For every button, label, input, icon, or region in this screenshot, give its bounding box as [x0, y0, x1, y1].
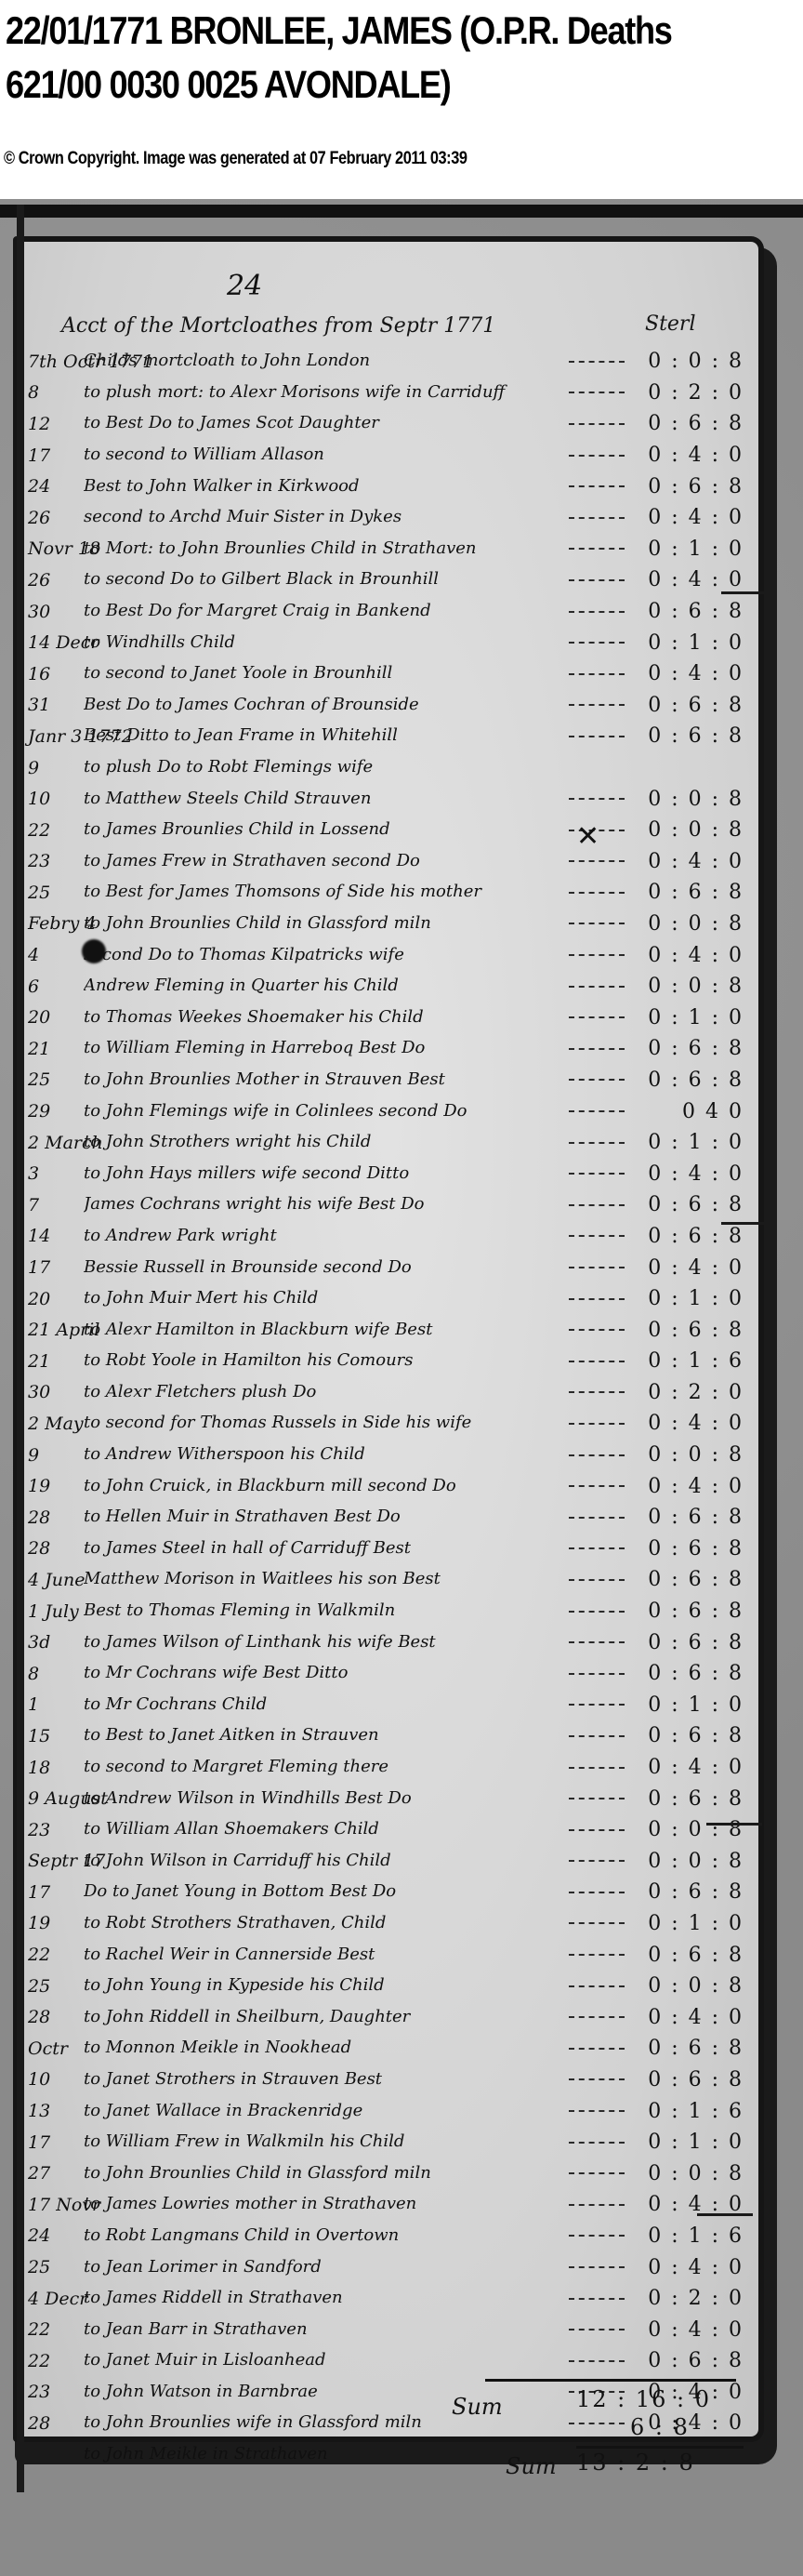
ledger-entry: Febry 4to John Brounlies Child in Glassf…	[28, 909, 744, 940]
dotted-leader	[569, 1892, 625, 1893]
ledger-entry: 3to John Hays millers wife second Ditto0…	[28, 1158, 744, 1189]
dotted-leader	[569, 1454, 625, 1456]
ledger-entry: 27to John Brounlies Child in Glassford m…	[28, 2158, 744, 2189]
margin-mark	[721, 591, 768, 594]
ledger-entry: 19to John Cruick, in Blackburn mill seco…	[28, 1470, 744, 1502]
entry-date: 17	[28, 445, 84, 466]
ledger-entry: 18to second to Margret Fleming there0 : …	[28, 1752, 744, 1784]
dotted-leader	[569, 2360, 625, 2362]
dotted-leader	[569, 1142, 625, 1144]
ink-blot	[82, 939, 106, 963]
dotted-leader	[569, 1517, 625, 1519]
entry-description: to John Brounlies Child in Glassford mil…	[84, 913, 563, 935]
register-page: 24 Acct of the Mortcloathes from Septr 1…	[13, 236, 764, 2442]
entry-amount: 0 : 1 : 0	[632, 2131, 744, 2154]
ledger-entry: 25to Jean Lorimer in Sandford0 : 4 : 0	[28, 2251, 744, 2283]
entry-description: to second to Janet Yoole in Brounhill	[84, 663, 563, 684]
ledger-entry: 19to Robt Strothers Strathaven, Child0 :…	[28, 1908, 744, 1940]
entry-amount: 0 : 0 : 8	[632, 975, 744, 998]
ledger-entry: 28to James Steel in hall of Carriduff Be…	[28, 1534, 744, 1565]
entry-amount: 0 : 6 : 8	[632, 1724, 744, 1747]
final-sum-value: 13 : 2 : 8	[576, 2450, 695, 2476]
entry-description: to Andrew Witherspoon his Child	[84, 1444, 563, 1466]
entry-description: to second to Margret Fleming there	[84, 1757, 563, 1778]
ledger-entry: 4 Decrto James Riddell in Strathaven0 : …	[28, 2283, 744, 2315]
dotted-leader	[569, 1298, 625, 1300]
entry-date: Octr	[28, 2038, 84, 2059]
entry-date: 25	[28, 1976, 84, 1997]
entry-description: to John Brounlies Mother in Strauven Bes…	[84, 1069, 563, 1091]
ledger-entries: 7th Octr 1771Childs mortcloath to John L…	[28, 346, 744, 2470]
entry-amount: 0 : 6 : 8	[632, 2037, 744, 2060]
entry-description: to Windhills Child	[84, 632, 563, 654]
record-header: 22/01/1771 BRONLEE, JAMES (O.P.R. Deaths…	[0, 0, 803, 199]
ledger-entry: Octrto Monnon Meikle in Nookhead0 : 6 : …	[28, 2033, 744, 2065]
entry-description: to plush Do to Robt Flemings wife	[84, 757, 632, 778]
entry-description: to Andrew Wilson in Windhills Best Do	[84, 1788, 563, 1810]
entry-description: to Janet Muir in Lisloanhead	[84, 2350, 563, 2371]
entry-description: to Monnon Meikle in Nookhead	[84, 2038, 563, 2059]
dotted-leader	[569, 1985, 625, 1987]
scanned-register-image: 24 Acct of the Mortcloathes from Septr 1…	[0, 199, 803, 2576]
ledger-entry: 2 Mayto second for Thomas Russels in Sid…	[28, 1408, 744, 1440]
ledger-entry: 9to plush Do to Robt Flemings wife	[28, 752, 744, 784]
entry-date: 10	[28, 789, 84, 809]
entry-date: 8	[28, 1664, 84, 1684]
entry-amount: 0 : 6 : 8	[632, 1037, 744, 1060]
entry-date: 20	[28, 1289, 84, 1309]
dotted-leader	[569, 798, 625, 800]
entry-amount: 0 : 0 : 8	[632, 788, 744, 811]
entry-description: to Best to Janet Aitken in Strauven	[84, 1725, 563, 1746]
entry-description: to James Wilson of Linthank his wife Bes…	[84, 1632, 563, 1653]
dotted-leader	[569, 1922, 625, 1924]
entry-date: 30	[28, 602, 84, 622]
dotted-leader	[569, 1079, 625, 1081]
copyright-notice: © Crown Copyright. Image was generated a…	[4, 149, 467, 169]
ledger-entry: 3dto James Wilson of Linthank his wife B…	[28, 1627, 744, 1658]
entry-amount: 0 : 6 : 8	[632, 1225, 744, 1248]
entry-description: to plush mort: to Alexr Morisons wife in…	[84, 382, 563, 404]
entry-description: to Janet Strothers in Strauven Best	[84, 2069, 563, 2091]
ledger-entry: 6Andrew Fleming in Quarter his Child0 : …	[28, 971, 744, 1003]
entry-description: to Robt Strothers Strathaven, Child	[84, 1913, 563, 1934]
entry-date: 1 July	[28, 1601, 84, 1622]
entry-date: 28	[28, 2007, 84, 2027]
entry-date: 26	[28, 570, 84, 591]
entry-date: 19	[28, 1476, 84, 1496]
entry-date: 28	[28, 1507, 84, 1528]
dotted-leader	[569, 2048, 625, 2050]
dotted-leader	[569, 860, 625, 862]
margin-mark	[721, 1222, 768, 1225]
entry-description: Matthew Morison in Waitlees his son Best	[84, 1569, 563, 1590]
entry-description: to Thomas Weekes Shoemaker his Child	[84, 1007, 563, 1029]
entry-amount: 0 : 6 : 8	[632, 1193, 744, 1216]
entry-amount: 0 : 6 : 8	[632, 1662, 744, 1685]
entry-date: 17	[28, 2132, 84, 2153]
entry-amount: 0 : 6 : 8	[632, 1568, 744, 1591]
dotted-leader	[569, 485, 625, 487]
sum-rule	[485, 2379, 736, 2382]
ledger-entry: 1to Mr Cochrans Child0 : 1 : 0	[28, 1690, 744, 1721]
entry-date: 31	[28, 695, 84, 715]
entry-amount: 0 : 1 : 0	[632, 631, 744, 655]
entry-date: 6	[28, 976, 84, 997]
entry-date: Septr 17	[28, 1851, 84, 1871]
entry-date: 18	[28, 1758, 84, 1778]
dotted-leader	[569, 455, 625, 457]
entry-description: to John Muir Mert his Child	[84, 1288, 563, 1309]
entry-description: to John Hays millers wife second Ditto	[84, 1163, 563, 1185]
entry-date: 22	[28, 1945, 84, 1965]
dotted-leader	[569, 2016, 625, 2018]
dotted-leader	[569, 1829, 625, 1831]
ledger-entry: 30to Alexr Fletchers plush Do0 : 2 : 0	[28, 1377, 744, 1409]
entry-description: to second for Thomas Russels in Side his…	[84, 1413, 563, 1434]
dotted-leader	[569, 548, 625, 550]
entry-date: 20	[28, 1007, 84, 1028]
entry-description: to John Cruick, in Blackburn mill second…	[84, 1476, 563, 1497]
entry-amount: 0 : 4 : 0	[632, 2006, 744, 2029]
entry-date: 24	[28, 2225, 84, 2246]
entry-description: to Alexr Hamilton in Blackburn wife Best	[84, 1320, 563, 1341]
entry-date: 23	[28, 2382, 84, 2402]
entry-date: 22	[28, 820, 84, 841]
record-title: 22/01/1771 BRONLEE, JAMES (O.P.R. Deaths…	[6, 4, 685, 112]
scan-top-edge	[0, 205, 803, 218]
dotted-leader	[569, 1204, 625, 1206]
entry-description: James Cochrans wright his wife Best Do	[84, 1194, 563, 1215]
entry-description: to Rachel Weir in Cannerside Best	[84, 1945, 563, 1966]
entry-amount: 0 : 6 : 8	[632, 694, 744, 717]
ledger-entry: 30to Best Do for Margret Craig in Banken…	[28, 596, 744, 628]
entry-description: to Andrew Park wright	[84, 1226, 563, 1247]
dotted-leader	[569, 1267, 625, 1268]
entry-amount: 0 : 4 : 0	[632, 850, 744, 873]
entry-amount: 0 : 6 : 8	[632, 1787, 744, 1811]
ledger-entry: 7th Octr 1771Childs mortcloath to John L…	[28, 346, 744, 378]
entry-description: to Mr Cochrans Child	[84, 1694, 563, 1716]
cross-mark-icon: ✕	[576, 820, 599, 853]
entry-amount: 0 : 4 : 0	[632, 1412, 744, 1435]
entry-amount: 0 : 4 : 0	[632, 568, 744, 591]
entry-date: 25	[28, 2257, 84, 2277]
dotted-leader	[569, 736, 625, 737]
entry-description: to James Lowries mother in Strathaven	[84, 2194, 563, 2215]
ledger-entry: 31Best Do to James Cochran of Brounside0…	[28, 690, 744, 722]
entry-date: Novr 18	[28, 538, 84, 559]
ledger-entry: Janr 3 1772Best Ditto to Jean Frame in W…	[28, 721, 744, 752]
ledger-entry: 25to Best for James Thomsons of Side his…	[28, 877, 744, 909]
ledger-entry: 17Bessie Russell in Brounside second Do0…	[28, 1252, 744, 1283]
entry-amount: 0 : 1 : 0	[632, 538, 744, 561]
ledger-entry: 17Do to Janet Young in Bottom Best Do0 :…	[28, 1877, 744, 1908]
ledger-entry: 20to Thomas Weekes Shoemaker his Child0 …	[28, 1002, 744, 1033]
entry-description: to Alexr Fletchers plush Do	[84, 1382, 563, 1403]
entry-amount: 0 : 4 : 0	[632, 1475, 744, 1498]
ledger-entry: 13to Janet Wallace in Brackenridge0 : 1 …	[28, 2095, 744, 2127]
entry-date: 1	[28, 1694, 84, 1715]
final-sum-rule	[576, 2446, 744, 2449]
entry-amount: 0 : 2 : 0	[632, 2287, 744, 2310]
entry-description: to Janet Wallace in Brackenridge	[84, 2101, 563, 2122]
dotted-leader	[569, 1673, 625, 1675]
entry-date: 23	[28, 1820, 84, 1840]
entry-amount: 0 : 6 : 8	[632, 1944, 744, 1967]
dotted-leader	[569, 1860, 625, 1862]
margin-mark	[697, 2213, 753, 2216]
dotted-leader	[569, 517, 625, 519]
entry-date: 23	[28, 851, 84, 871]
entry-description: Best to John Walker in Kirkwood	[84, 476, 563, 498]
ledger-entry: 25to John Young in Kypeside his Child0 :…	[28, 1971, 744, 2002]
final-sum-label: Sum	[506, 2453, 557, 2479]
ledger-entry: 21 Aprilto Alexr Hamilton in Blackburn w…	[28, 1314, 744, 1346]
entry-date: Febry 4	[28, 913, 84, 934]
ledger-entry: 20to John Muir Mert his Child0 : 1 : 0	[28, 1283, 744, 1315]
entry-description: second Do to Thomas Kilpatricks wife	[84, 945, 563, 966]
entry-date: 29	[28, 1101, 84, 1122]
entry-date: 26	[28, 508, 84, 528]
ledger-entry: 29to John Flemings wife in Colinlees sec…	[28, 1095, 744, 1127]
entry-amount: 0 : 0 : 8	[632, 350, 744, 373]
record-title-line-1: 22/01/1771 BRONLEE, JAMES (O.P.R. Deaths	[6, 4, 685, 58]
entry-date: 28	[28, 1538, 84, 1559]
entry-date: 2 March	[28, 1133, 84, 1153]
entry-date: 9 August	[28, 1788, 84, 1809]
dotted-leader	[569, 1704, 625, 1706]
dotted-leader	[569, 1767, 625, 1769]
entry-date: 4	[28, 945, 84, 965]
entry-date: 21 April	[28, 1320, 84, 1340]
entry-description: to second Do to Gilbert Black in Brounhi…	[84, 569, 563, 591]
ledger-entry: 26second to Archd Muir Sister in Dykes0 …	[28, 502, 744, 534]
entry-description: to Best Do to James Scot Daughter	[84, 413, 563, 434]
dotted-leader	[569, 642, 625, 644]
entry-description: Best Do to James Cochran of Brounside	[84, 695, 563, 716]
ledger-entry: 4second Do to Thomas Kilpatricks wife0 :…	[28, 939, 744, 971]
entry-description: Best Ditto to Jean Frame in Whitehill	[84, 725, 563, 747]
entry-description: Best to Thomas Fleming in Walkmiln	[84, 1600, 563, 1622]
entry-date: 15	[28, 1726, 84, 1746]
entry-amount: 0 : 0 : 8	[632, 1974, 744, 1998]
entry-date: 10	[28, 2069, 84, 2090]
entry-description: to James Frew in Strathaven second Do	[84, 851, 563, 872]
page-number: 24	[227, 270, 262, 302]
ledger-entry: Septr 17to John Wilson in Carriduff his …	[28, 1846, 744, 1878]
dotted-leader	[569, 1235, 625, 1237]
entry-date: 24	[28, 476, 84, 497]
entry-date: 9	[28, 1445, 84, 1466]
entry-description: to John Brounlies Child in Glassford mil…	[84, 2163, 563, 2184]
entry-amount: 0 : 6 : 8	[632, 412, 744, 435]
dotted-leader	[569, 579, 625, 581]
entry-description: Childs mortcloath to John London	[84, 351, 563, 372]
ledger-entry: 12to Best Do to James Scot Daughter0 : 6…	[28, 408, 744, 440]
dotted-leader	[569, 1048, 625, 1050]
dotted-leader	[569, 2298, 625, 2300]
entry-amount: 0 : 6 : 8	[632, 1069, 744, 1092]
dotted-leader	[569, 1110, 625, 1112]
entry-description: to John Riddell in Sheilburn, Daughter	[84, 2007, 563, 2028]
dotted-leader	[569, 1391, 625, 1393]
entry-description: to James Riddell in Strathaven	[84, 2288, 563, 2309]
entry-amount: 0 : 6 : 8	[632, 724, 744, 748]
entry-description: Do to Janet Young in Bottom Best Do	[84, 1881, 563, 1903]
entry-amount: 0 : 6 : 8	[632, 1319, 744, 1342]
entry-amount: 0 : 4 : 0	[632, 944, 744, 967]
entry-date: 7	[28, 1195, 84, 1215]
entry-date: 21	[28, 1351, 84, 1372]
ledger-entry: 4 JuneMatthew Morison in Waitlees his so…	[28, 1564, 744, 1596]
entry-description: Bessie Russell in Brounside second Do	[84, 1257, 563, 1279]
entry-description: to Robt Yoole in Hamilton his Comours	[84, 1350, 563, 1372]
dotted-leader	[569, 1798, 625, 1799]
entry-amount: 0 : 4 : 0	[632, 2318, 744, 2342]
entry-date: 14 Decr	[28, 632, 84, 653]
dotted-leader	[569, 1735, 625, 1737]
dotted-leader	[569, 1361, 625, 1362]
entry-date: 21	[28, 1039, 84, 1059]
ledger-entry: 28to John Riddell in Sheilburn, Daughter…	[28, 2001, 744, 2033]
sum-value: 12 : 16 : 0	[576, 2386, 711, 2412]
entry-description: to William Fleming in Harreboq Best Do	[84, 1038, 563, 1059]
entry-amount: 0 : 1 : 0	[632, 1912, 744, 1935]
entry-description: to Best for James Thomsons of Side his m…	[84, 882, 563, 903]
ledger-entry: 1 JulyBest to Thomas Fleming in Walkmiln…	[28, 1596, 744, 1627]
entry-amount: 0 : 4 : 0	[632, 1162, 744, 1186]
dotted-leader	[569, 611, 625, 613]
dotted-leader	[569, 1329, 625, 1331]
dotted-leader	[569, 986, 625, 988]
ledger-entry: 17 Novrto James Lowries mother in Strath…	[28, 2189, 744, 2221]
ledger-entry: 10to Matthew Steels Child Strauven0 : 0 …	[28, 783, 744, 815]
entry-amount: 0 : 4 : 0	[632, 2256, 744, 2279]
entry-amount: 0 : 1 : 6	[632, 1349, 744, 1373]
ledger-entry: 22to Jean Barr in Strathaven0 : 4 : 0	[28, 2314, 744, 2345]
dotted-leader	[569, 361, 625, 363]
dotted-leader	[569, 704, 625, 706]
ledger-entry: 23to James Frew in Strathaven second Do0…	[28, 846, 744, 878]
ledger-heading: Acct of the Mortcloathes from Septr 1771	[61, 314, 495, 338]
dotted-leader	[569, 673, 625, 675]
ledger-entry: 25to John Brounlies Mother in Strauven B…	[28, 1065, 744, 1096]
entry-date: 7th Octr 1771	[28, 352, 84, 372]
entry-amount: 0 : 1 : 6	[632, 2100, 744, 2123]
entry-amount: 0 : 4 : 0	[632, 1756, 744, 1779]
dotted-leader	[569, 1016, 625, 1018]
entry-amount: 0 : 1 : 0	[632, 1006, 744, 1029]
entry-description: to John Strothers wright his Child	[84, 1132, 563, 1153]
entry-date: 9	[28, 758, 84, 778]
sum-addition: 6 : 8	[630, 2414, 690, 2440]
entry-date: 22	[28, 2319, 84, 2340]
entry-amount: 0 : 6 : 8	[632, 2068, 744, 2091]
ledger-entry: 15to Best to Janet Aitken in Strauven0 :…	[28, 1720, 744, 1752]
dotted-leader	[569, 923, 625, 924]
amount-column-heading: Sterl	[645, 312, 695, 336]
entry-amount: 0 : 6 : 8	[632, 1631, 744, 1654]
dotted-leader	[569, 1173, 625, 1175]
dotted-leader	[569, 1611, 625, 1613]
ledger-entry: 26to second Do to Gilbert Black in Broun…	[28, 564, 744, 596]
ledger-entry: 14 Decrto Windhills Child0 : 1 : 0	[28, 627, 744, 658]
dotted-leader	[569, 1485, 625, 1487]
sum-label: Sum	[452, 2394, 503, 2420]
dotted-leader	[569, 1579, 625, 1581]
entry-description: to Mort: to John Brounlies Child in Stra…	[84, 538, 563, 560]
ledger-entry: 17to second to William Allason0 : 4 : 0	[28, 440, 744, 471]
entry-amount: 0 : 0 : 8	[632, 912, 744, 936]
entry-description: to Mr Cochrans wife Best Ditto	[84, 1663, 563, 1684]
margin-mark	[706, 1823, 762, 1826]
entry-date: 4 Decr	[28, 2289, 84, 2309]
entry-amount: 0 : 6 : 8	[632, 1537, 744, 1560]
entry-amount: 0 : 0 : 8	[632, 2162, 744, 2185]
ledger-entry: 22to James Brounlies Child in Lossend0 :…	[28, 815, 744, 846]
entry-amount: 0 : 0 : 8	[632, 1818, 744, 1841]
ledger-entry: Novr 18to Mort: to John Brounlies Child …	[28, 534, 744, 565]
ledger-entry: 28to Hellen Muir in Strathaven Best Do0 …	[28, 1502, 744, 1534]
entry-amount: 0 : 1 : 0	[632, 1131, 744, 1154]
entry-description: second to Archd Muir Sister in Dykes	[84, 507, 563, 528]
ledger-entry: 22to Rachel Weir in Cannerside Best0 : 6…	[28, 1939, 744, 1971]
entry-description: Andrew Fleming in Quarter his Child	[84, 976, 563, 997]
entry-description: to James Brounlies Child in Lossend	[84, 819, 563, 841]
dotted-leader	[569, 2266, 625, 2268]
ledger-entry: 14to Andrew Park wright0 : 6 : 8	[28, 1221, 744, 1253]
dotted-leader	[569, 954, 625, 956]
entry-date: 19	[28, 1913, 84, 1933]
entry-date: 22	[28, 2351, 84, 2371]
entry-amount: 0 : 1 : 0	[632, 1287, 744, 1310]
dotted-leader	[569, 2204, 625, 2206]
ledger-entry: 24to Robt Langmans Child in Overtown0 : …	[28, 2221, 744, 2252]
entry-description: to Best Do for Margret Craig in Bankend	[84, 601, 563, 622]
entry-date: 25	[28, 1069, 84, 1090]
entry-date: 30	[28, 1382, 84, 1402]
ledger-entry: 17to William Frew in Walkmiln his Child0…	[28, 2127, 744, 2158]
ledger-entry: 22to Janet Muir in Lisloanhead0 : 6 : 8	[28, 2345, 744, 2377]
dotted-leader	[569, 1641, 625, 1643]
ledger-entry: 7James Cochrans wright his wife Best Do0…	[28, 1189, 744, 1221]
entry-description: to William Allan Shoemakers Child	[84, 1819, 563, 1840]
entry-date: 25	[28, 883, 84, 903]
dotted-leader	[569, 2423, 625, 2424]
dotted-leader	[569, 2142, 625, 2144]
entry-date: 28	[28, 2413, 84, 2434]
entry-amount: 0 4 0	[632, 1100, 744, 1123]
dotted-leader	[569, 1423, 625, 1425]
entry-amount: 0 : 0 : 8	[632, 1443, 744, 1467]
entry-amount: 0 : 2 : 0	[632, 381, 744, 405]
entry-date: 27	[28, 2163, 84, 2184]
entry-date: 16	[28, 664, 84, 684]
entry-description: to John Wilson in Carriduff his Child	[84, 1851, 563, 1872]
ledger-entry: 8to Mr Cochrans wife Best Ditto0 : 6 : 8	[28, 1658, 744, 1690]
entry-date: 13	[28, 2101, 84, 2121]
dotted-leader	[569, 2110, 625, 2112]
entry-description: to second to William Allason	[84, 445, 563, 466]
dotted-leader	[569, 2172, 625, 2174]
entry-amount: 0 : 6 : 8	[632, 1880, 744, 1904]
entry-description: to Jean Barr in Strathaven	[84, 2319, 563, 2341]
ledger-entry: 9to Andrew Witherspoon his Child0 : 0 : …	[28, 1440, 744, 1471]
ledger-entry: 10to Janet Strothers in Strauven Best0 :…	[28, 2065, 744, 2096]
dotted-leader	[569, 2078, 625, 2080]
entry-amount: 0 : 6 : 8	[632, 1600, 744, 1623]
